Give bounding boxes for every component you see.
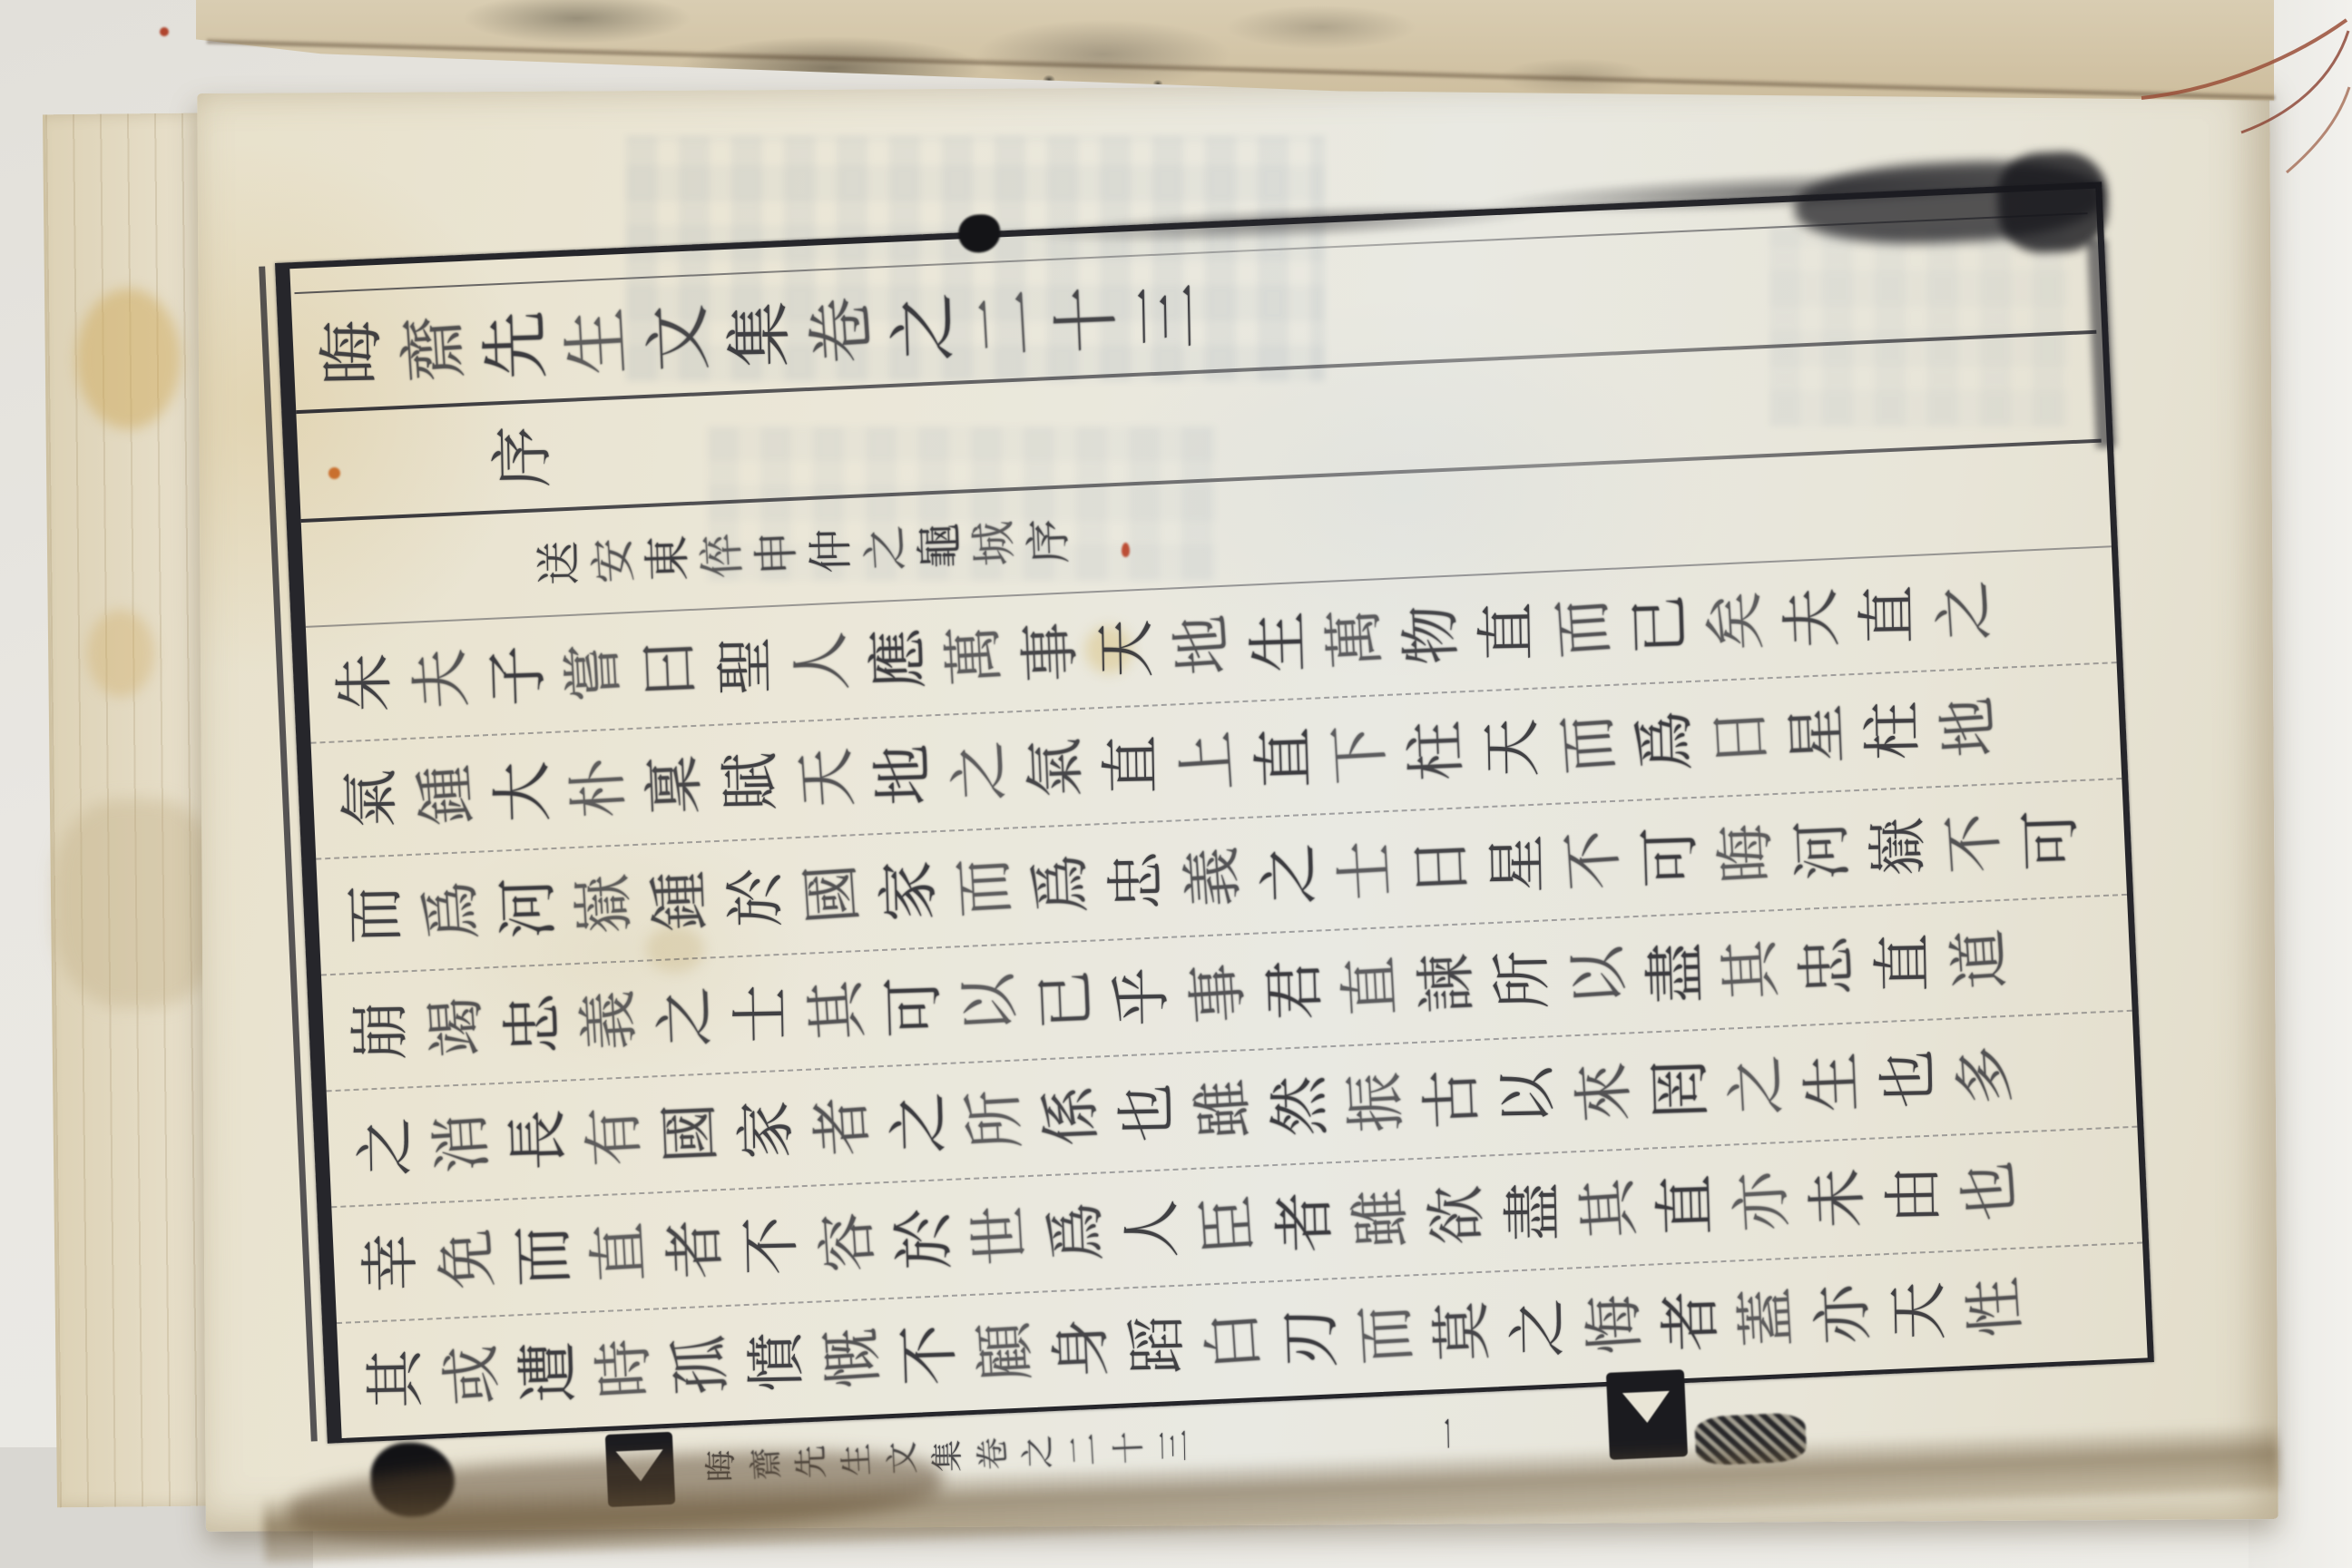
book-photo-scene: 晦齋先生文集卷之二十三 序 送安東倅申仲之龜城序 朱夫子嘗曰聖人應萬事天地生萬物… (0, 0, 2352, 1568)
stain (87, 610, 154, 697)
stain (160, 27, 169, 36)
section-heading-text: 序 (474, 404, 560, 509)
stain (76, 289, 181, 429)
printed-frame: 晦齋先生文集卷之二十三 序 送安東倅申仲之龜城序 朱夫子嘗曰聖人應萬事天地生萬物… (275, 181, 2154, 1443)
red-threads (2114, 0, 2352, 200)
